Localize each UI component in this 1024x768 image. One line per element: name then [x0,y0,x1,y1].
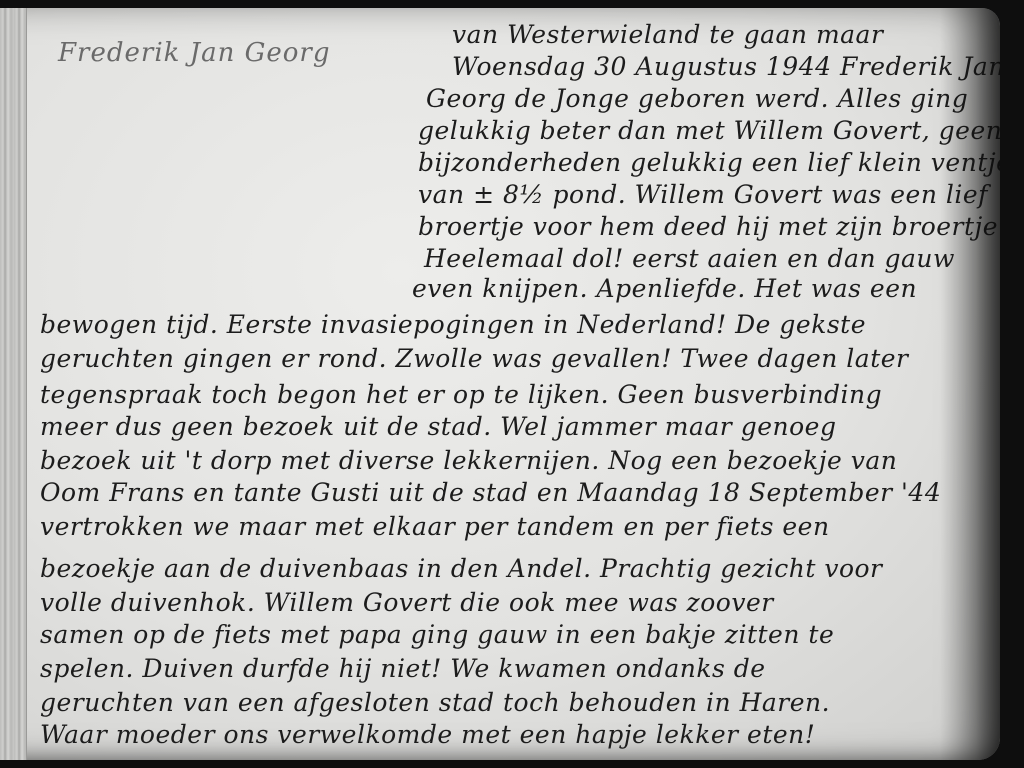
text-line: Waar moeder ons verwelkomde met een hapj… [40,720,815,749]
text-line: gelukkig beter dan met Willem Govert, ge… [418,116,1000,145]
text-line: vertrokken we maar met elkaar per tandem… [40,512,830,541]
text-line: volle duivenhok. Willem Govert die ook m… [40,588,774,617]
book-binding [0,8,27,760]
text-line: Heelemaal dol! eerst aaien en dan gauw [424,244,955,273]
text-line: bezoek uit 't dorp met diverse lekkernij… [40,446,897,475]
text-line: spelen. Duiven durfde hij niet! We kwame… [40,654,766,683]
text-line: broertje voor hem deed hij met zijn broe… [418,212,1000,241]
text-line: samen op de fiets met papa ging gauw in … [40,620,834,649]
text-line: geruchten gingen er rond. Zwolle was gev… [40,344,909,373]
text-line: bijzonderheden gelukkig een lief klein v… [418,148,1000,177]
text-line: geruchten van een afgesloten stad toch b… [40,688,830,717]
text-line: tegenspraak toch begon het er op te lijk… [40,380,882,409]
text-line: Woensdag 30 Augustus 1944 Frederik Jan [452,52,1000,81]
diary-page: Frederik Jan Georg van Westerwieland te … [0,8,1000,760]
text-line: bezoekje aan de duivenbaas in den Andel.… [40,554,883,583]
text-line: Georg de Jonge geboren werd. Alles ging [426,84,968,113]
text-line: van Westerwieland te gaan maar [452,20,883,49]
margin-name-note: Frederik Jan Georg [58,38,330,68]
text-line: Oom Frans en tante Gusti uit de stad en … [40,478,941,507]
text-line: meer dus geen bezoek uit de stad. Wel ja… [40,412,836,441]
text-line: bewogen tijd. Eerste invasiepogingen in … [40,310,866,339]
text-line: van ± 8½ pond. Willem Govert was een lie… [418,180,988,209]
text-line: even knijpen. Apenliefde. Het was een [412,274,917,303]
